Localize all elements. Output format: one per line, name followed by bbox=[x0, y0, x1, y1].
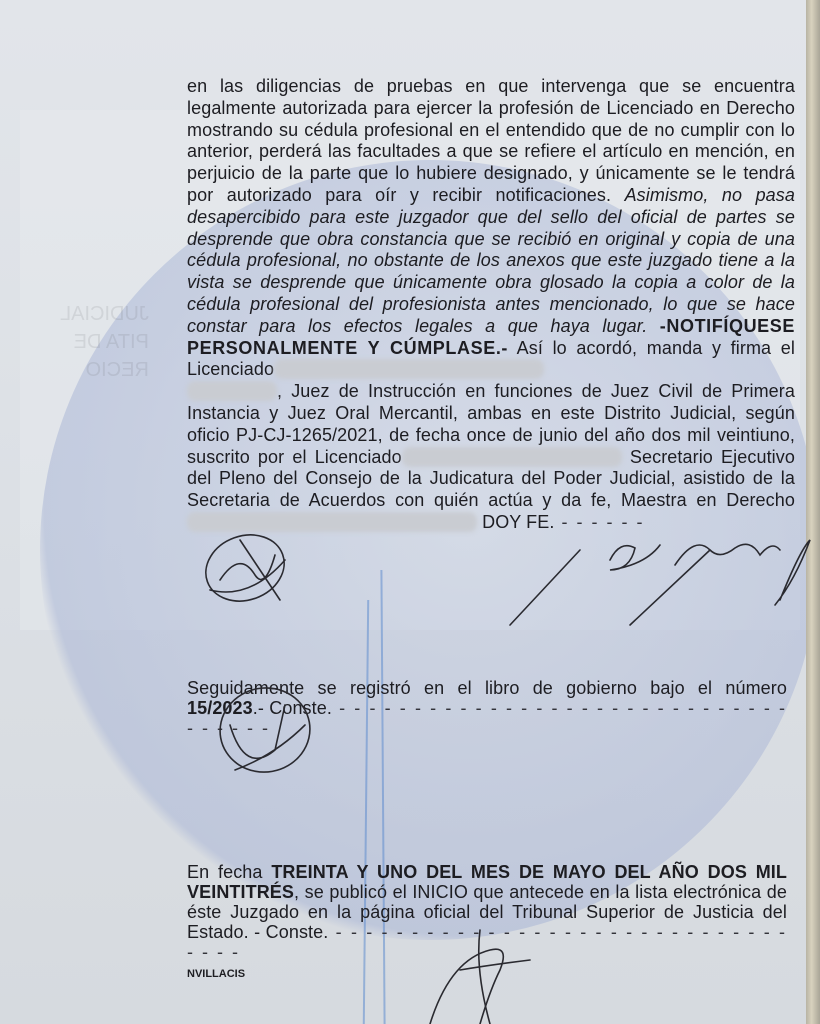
bleed-through-text: JUDICIALPITA DERECIO bbox=[60, 300, 149, 384]
redacted-judge-name bbox=[274, 359, 544, 379]
dash-fill: - - - - - - bbox=[555, 512, 645, 532]
resolution-paragraph: en las diligencias de pruebas en que int… bbox=[187, 76, 795, 534]
redacted-judge-surname bbox=[187, 381, 277, 401]
redacted-secretary-name bbox=[402, 447, 622, 467]
publication-prefix: En fecha bbox=[187, 862, 271, 882]
signature-judge bbox=[510, 530, 810, 640]
text-observation: Asimismo, no pasa desapercibido para est… bbox=[187, 185, 795, 336]
signature-initials-2 bbox=[215, 685, 325, 785]
binding-edge bbox=[806, 0, 820, 1024]
text-doy-fe: DOY FE. bbox=[477, 512, 555, 532]
signature-publication bbox=[420, 930, 560, 1024]
redacted-clerk-name bbox=[187, 512, 477, 532]
signature-initials-1 bbox=[200, 530, 310, 610]
